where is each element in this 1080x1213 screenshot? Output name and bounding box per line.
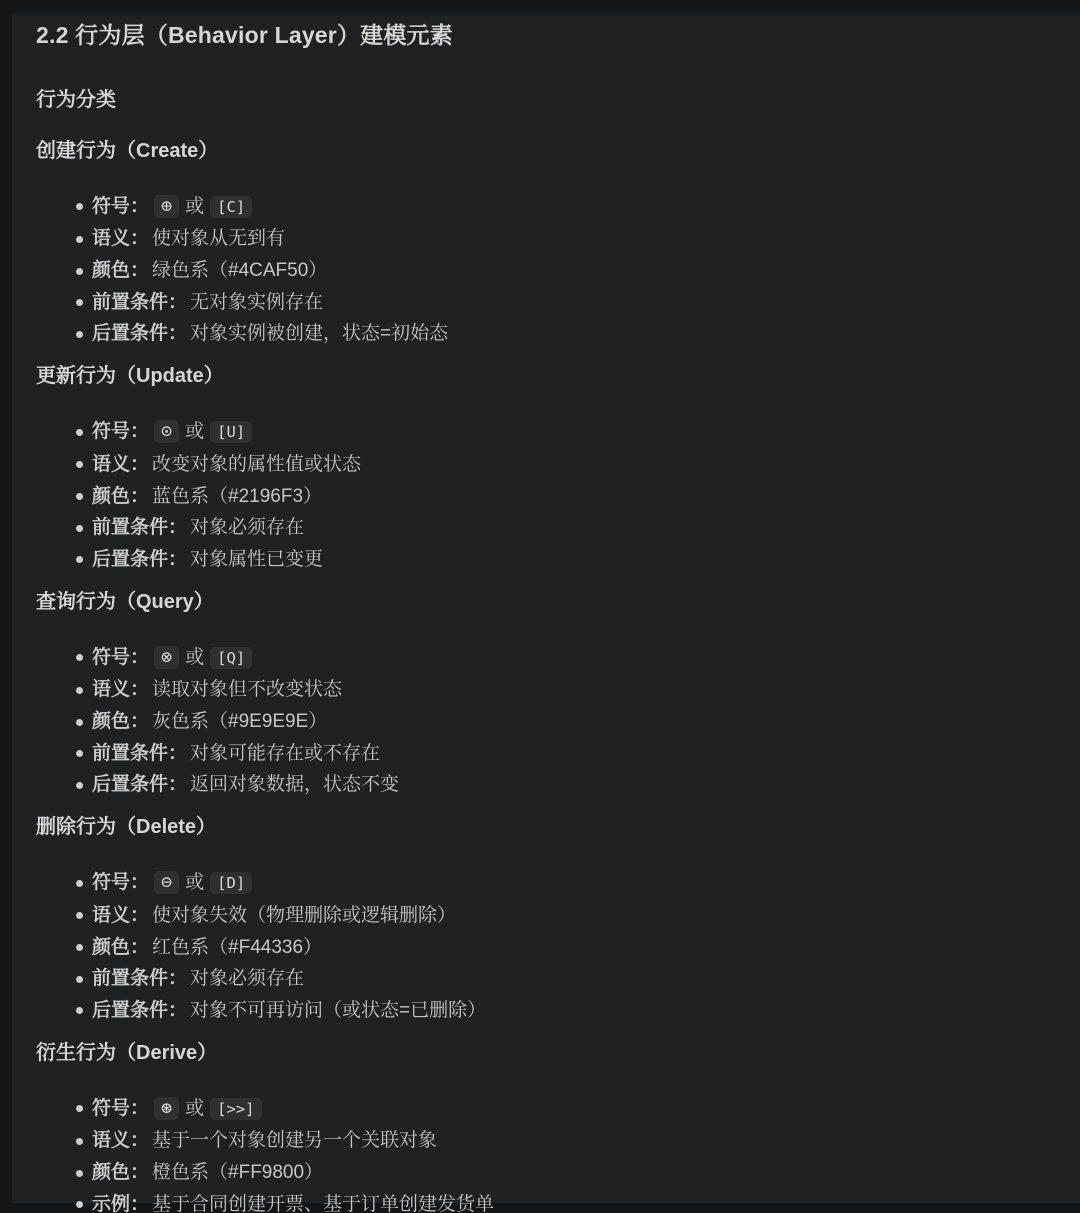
item-label: 后置条件： [92,1000,187,1021]
conjunction-text: 或 [185,1098,204,1119]
item-label: 后置条件： [92,774,187,795]
symbol-code-chip: ⊛ [154,1097,179,1120]
property-list: 符号：⊙或[U] 语义：改变对象的属性值或状态 颜色：蓝色系（#2196F3） … [36,416,1056,576]
conjunction-text: 或 [185,872,204,893]
item-label: 前置条件： [92,743,187,764]
behavior-section: 更新行为（Update） 符号：⊙或[U] 语义：改变对象的属性值或状态 颜色：… [36,364,1056,576]
top-edge-shadow [12,8,1080,18]
list-item: 后置条件：返回对象数据，状态不变 [92,769,1056,801]
behavior-section: 衍生行为（Derive） 符号：⊛或[>>] 语义：基于一个对象创建另一个关联对… [36,1041,1056,1213]
item-label: 语义： [92,228,149,249]
behavior-category-heading: 行为分类 [36,88,1056,112]
list-item: 语义：读取对象但不改变状态 [92,674,1056,706]
list-item: 示例：基于合同创建开票、基于订单创建发货单 [92,1189,1056,1213]
item-label: 语义： [92,905,149,926]
item-text: 红色系（#F44336） [152,937,322,958]
conjunction-text: 或 [185,421,204,442]
list-item: 前置条件：对象必须存在 [92,963,1056,995]
item-label: 符号： [92,1098,149,1119]
item-label: 颜色： [92,711,149,732]
list-item: 后置条件：对象实例被创建，状态=初始态 [92,318,1056,350]
shortcut-code-chip: [C] [210,196,252,218]
symbol-code-chip: ⊗ [154,646,179,669]
conjunction-text: 或 [185,647,204,668]
behavior-section: 创建行为（Create） 符号：⊕或[C] 语义：使对象从无到有 颜色：绿色系（… [36,139,1056,351]
item-label: 颜色： [92,486,149,507]
item-text: 对象属性已变更 [190,549,323,570]
symbol-code-chip: ⊙ [154,420,179,443]
item-text: 读取对象但不改变状态 [152,679,342,700]
conjunction-text: 或 [185,196,204,217]
item-label: 示例： [92,1194,149,1213]
list-item-symbol: 符号：⊕或[C] [92,191,1056,224]
list-item: 后置条件：对象不可再访问（或状态=已删除） [92,995,1056,1027]
list-item: 前置条件：对象可能存在或不存在 [92,738,1056,770]
section-heading: 衍生行为（Derive） [36,1041,1056,1065]
list-item: 颜色：红色系（#F44336） [92,932,1056,964]
item-label: 前置条件： [92,292,187,313]
page-title: 2.2 行为层（Behavior Layer）建模元素 [36,22,1056,50]
item-text: 无对象实例存在 [190,292,323,313]
list-item: 语义：改变对象的属性值或状态 [92,449,1056,481]
item-label: 颜色： [92,260,149,281]
item-label: 符号： [92,872,149,893]
item-text: 绿色系（#4CAF50） [152,260,327,281]
list-item: 颜色：橙色系（#FF9800） [92,1157,1056,1189]
item-label: 前置条件： [92,968,187,989]
symbol-code-chip: ⊕ [154,195,179,218]
item-text: 对象不可再访问（或状态=已删除） [190,1000,486,1021]
item-text: 基于一个对象创建另一个关联对象 [152,1130,437,1151]
item-text: 橙色系（#FF9800） [152,1162,323,1183]
list-item: 颜色：蓝色系（#2196F3） [92,481,1056,513]
behavior-section: 查询行为（Query） 符号：⊗或[Q] 语义：读取对象但不改变状态 颜色：灰色… [36,590,1056,802]
section-heading: 创建行为（Create） [36,139,1056,163]
list-item: 前置条件：对象必须存在 [92,512,1056,544]
item-text: 对象实例被创建，状态=初始态 [190,323,448,344]
item-text: 返回对象数据，状态不变 [190,774,399,795]
list-item-symbol: 符号：⊗或[Q] [92,642,1056,675]
section-heading: 更新行为（Update） [36,364,1056,388]
behavior-section: 删除行为（Delete） 符号：⊖或[D] 语义：使对象失效（物理删除或逻辑删除… [36,815,1056,1027]
item-label: 语义： [92,679,149,700]
property-list: 符号：⊗或[Q] 语义：读取对象但不改变状态 颜色：灰色系（#9E9E9E） 前… [36,642,1056,802]
property-list: 符号：⊛或[>>] 语义：基于一个对象创建另一个关联对象 颜色：橙色系（#FF9… [36,1093,1056,1213]
list-item: 语义：使对象失效（物理删除或逻辑删除） [92,900,1056,932]
item-text: 改变对象的属性值或状态 [152,454,361,475]
list-item: 前置条件：无对象实例存在 [92,287,1056,319]
list-item: 语义：基于一个对象创建另一个关联对象 [92,1125,1056,1157]
item-label: 语义： [92,1130,149,1151]
property-list: 符号：⊕或[C] 语义：使对象从无到有 颜色：绿色系（#4CAF50） 前置条件… [36,191,1056,351]
property-list: 符号：⊖或[D] 语义：使对象失效（物理删除或逻辑删除） 颜色：红色系（#F44… [36,867,1056,1027]
shortcut-code-chip: [>>] [210,1098,261,1120]
section-heading: 查询行为（Query） [36,590,1056,614]
behavior-sections: 创建行为（Create） 符号：⊕或[C] 语义：使对象从无到有 颜色：绿色系（… [36,139,1056,1213]
item-label: 语义： [92,454,149,475]
item-text: 使对象从无到有 [152,228,285,249]
item-label: 符号： [92,421,149,442]
document-panel: 2.2 行为层（Behavior Layer）建模元素 行为分类 创建行为（Cr… [12,8,1080,1203]
item-label: 符号： [92,196,149,217]
item-label: 前置条件： [92,517,187,538]
list-item-symbol: 符号：⊛或[>>] [92,1093,1056,1126]
list-item-symbol: 符号：⊙或[U] [92,416,1056,449]
item-label: 符号： [92,647,149,668]
item-label: 后置条件： [92,323,187,344]
shortcut-code-chip: [U] [210,421,252,443]
item-label: 颜色： [92,1162,149,1183]
list-item: 语义：使对象从无到有 [92,223,1056,255]
item-label: 颜色： [92,937,149,958]
item-label: 后置条件： [92,549,187,570]
item-text: 基于合同创建开票、基于订单创建发货单 [152,1194,494,1213]
list-item: 后置条件：对象属性已变更 [92,544,1056,576]
shortcut-code-chip: [D] [210,872,252,894]
section-heading: 删除行为（Delete） [36,815,1056,839]
shortcut-code-chip: [Q] [210,647,252,669]
item-text: 对象必须存在 [190,968,304,989]
list-item-symbol: 符号：⊖或[D] [92,867,1056,900]
list-item: 颜色：绿色系（#4CAF50） [92,255,1056,287]
item-text: 使对象失效（物理删除或逻辑删除） [152,905,456,926]
item-text: 蓝色系（#2196F3） [152,486,322,507]
item-text: 对象必须存在 [190,517,304,538]
list-item: 颜色：灰色系（#9E9E9E） [92,706,1056,738]
symbol-code-chip: ⊖ [154,871,179,894]
item-text: 灰色系（#9E9E9E） [152,711,327,732]
item-text: 对象可能存在或不存在 [190,743,380,764]
